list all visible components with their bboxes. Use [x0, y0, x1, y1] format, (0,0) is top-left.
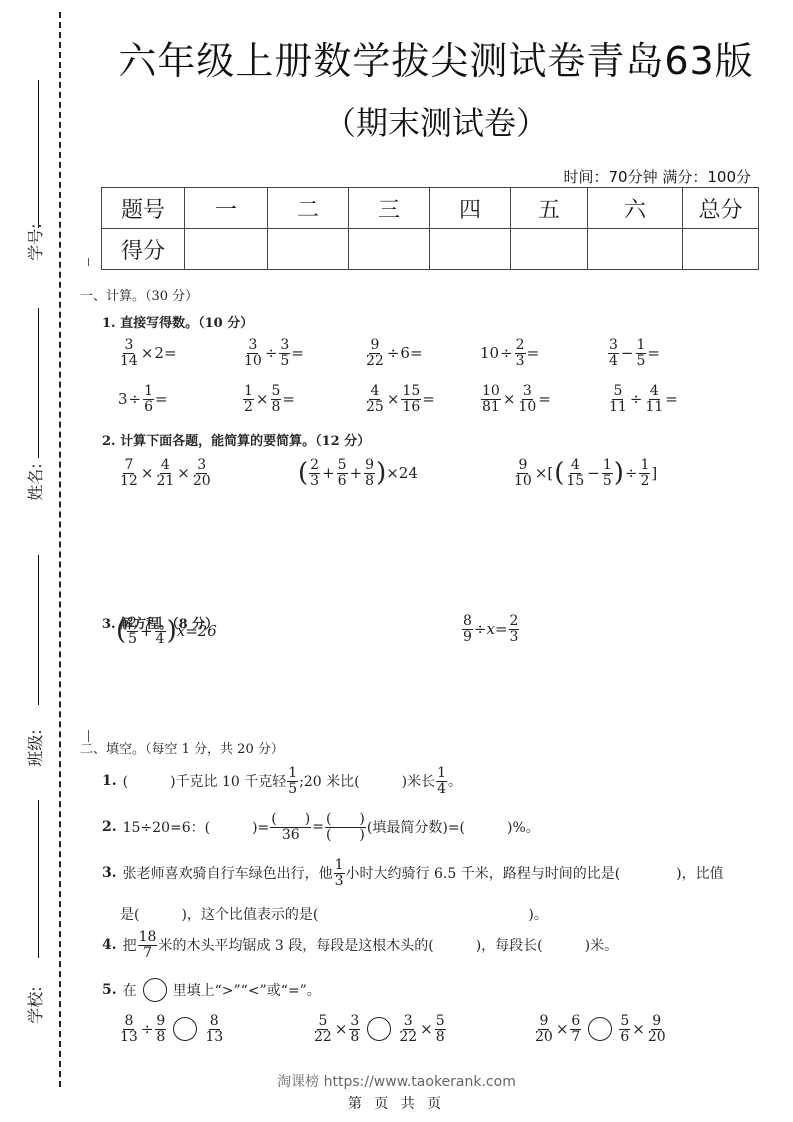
compare-circle-input[interactable] — [173, 1017, 197, 1041]
page-subtitle: （期末测试卷） — [96, 98, 776, 144]
fill-question-3: 3.张老师喜欢骑自行车绿色出行，他 13 小时大约骑行 6.5 千米，路程与时间… — [102, 858, 724, 888]
compare-circle-input[interactable] — [367, 1017, 391, 1041]
binding-dashed-line — [59, 12, 61, 1087]
question-1-2-label: 2. 计算下面各题，能简算的要简算。（12 分） — [102, 430, 370, 449]
score-row-label: 得分 — [102, 229, 185, 270]
calc-item: 10÷ 23 = — [480, 338, 539, 368]
class-blank[interactable] — [38, 555, 39, 705]
calc-expression: ( 23 + 56 + 98 )×24 — [298, 458, 418, 488]
calc-item: 12 × 58 = — [242, 384, 295, 414]
equation: 89 ÷x= 23 — [461, 614, 520, 644]
equation: ( 25 + 14 )x=26 — [116, 616, 217, 646]
score-header-cell: 二 — [268, 188, 349, 229]
school-blank[interactable] — [38, 800, 39, 958]
calc-item: 314 ×2= — [118, 338, 177, 368]
score-table: 题号 一 二 三 四 五 六 总分 得分 — [101, 187, 759, 270]
name-label: 姓名: — [26, 460, 46, 504]
score-header-cell: 题号 — [102, 188, 185, 229]
compare-item: 813 ÷ 98 813 — [118, 1014, 225, 1044]
score-cell[interactable] — [430, 229, 511, 270]
question-1-1-label: 1. 直接写得数。（10 分） — [102, 312, 253, 331]
student-id-blank[interactable] — [38, 80, 39, 228]
score-cell[interactable] — [349, 229, 430, 270]
score-table-header-row: 题号 一 二 三 四 五 六 总分 — [102, 188, 759, 229]
score-table-score-row: 得分 — [102, 229, 759, 270]
calc-item: 34 − 15 = — [607, 338, 660, 368]
student-id-label: 学号: — [26, 220, 46, 264]
school-label: 学校: — [26, 983, 46, 1027]
calc-item: 1081 × 310 = — [480, 384, 551, 414]
calc-item: 511 ÷ 411 = — [607, 384, 678, 414]
class-label: 班级: — [26, 726, 46, 770]
calc-item: 3÷ 16 = — [118, 384, 168, 414]
fill-question-4: 4.把 187 米的木头平均锯成 3 段，每段是这根木头的( )，每段长( )米… — [102, 930, 618, 960]
page-title: 六年级上册数学拔尖测试卷青岛63版 — [96, 30, 776, 85]
compare-item: 920 × 67 56 × 920 — [533, 1014, 668, 1044]
score-cell[interactable] — [185, 229, 268, 270]
fill-question-2: 2.15÷20=6：( )= ( )36 = ( )( ) (填最简分数)=( … — [102, 812, 540, 842]
compare-circle-input[interactable] — [588, 1017, 612, 1041]
watermark: 淘课榜 https://www.taokerank.com — [0, 1071, 793, 1091]
score-header-cell: 五 — [511, 188, 588, 229]
fill-question-3-line-2: 是( )，这个比值表示的是( )。 — [120, 904, 548, 924]
score-cell[interactable] — [268, 229, 349, 270]
fill-question-5: 5.在 里填上“>”“<”或“=”。 — [102, 978, 321, 1002]
score-cell[interactable] — [588, 229, 683, 270]
score-header-cell: 六 — [588, 188, 683, 229]
compare-item: 522 × 38 322 × 58 — [312, 1014, 447, 1044]
calc-expression: 712 × 421 × 320 — [118, 458, 213, 488]
section-1-title: 一、计算。（30 分） — [80, 285, 198, 304]
section-2-title: 二、填空。（每空 1 分，共 20 分） — [80, 738, 284, 757]
calc-item: 425 × 1516 = — [364, 384, 435, 414]
score-cell[interactable] — [511, 229, 588, 270]
score-header-cell: 一 — [185, 188, 268, 229]
calc-item: 310 ÷ 35 = — [242, 338, 304, 368]
fold-mark — [88, 258, 89, 266]
exam-meta: 时间：70分钟 满分：100分 — [564, 166, 752, 187]
score-header-cell: 总分 — [683, 188, 759, 229]
score-header-cell: 四 — [430, 188, 511, 229]
calc-expression: 910 ×[ ( 415 − 15 ) ÷ 12 ] — [512, 458, 657, 488]
name-blank[interactable] — [38, 308, 39, 458]
calc-item: 922 ÷6= — [364, 338, 423, 368]
score-header-cell: 三 — [349, 188, 430, 229]
fill-question-1: 1.( )千克比 10 千克轻 15 ;20 米比( )米长 14 。 — [102, 766, 462, 796]
page-number: 第 页 共 页 — [0, 1093, 793, 1113]
blank-circle-icon — [143, 978, 167, 1002]
score-cell[interactable] — [683, 229, 759, 270]
